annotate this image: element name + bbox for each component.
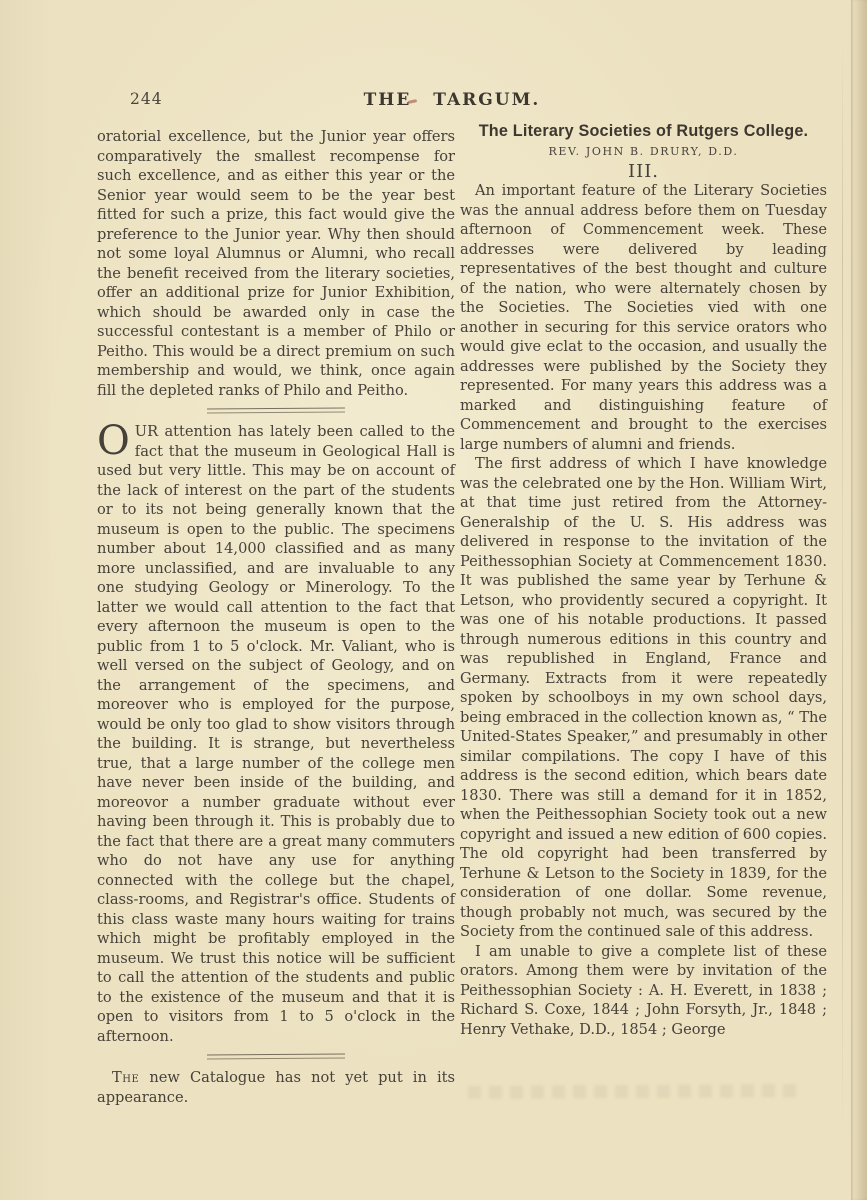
- left-column: oratorial excellence, but the Junior yea…: [97, 127, 455, 1107]
- torn-binding-edge: [851, 0, 867, 1200]
- catalogue-note: The new Catalogue has not yet put in its…: [97, 1068, 455, 1107]
- masthead-title: THE TARGUM.: [97, 90, 807, 110]
- section-rule-divider: [207, 408, 345, 414]
- article-paragraph: The first address of which I have knowle…: [460, 454, 827, 942]
- right-column: The Literary Societies of Rutgers Colleg…: [460, 121, 827, 1039]
- left-paragraph-continuation: oratorial excellence, but the Junior yea…: [97, 127, 455, 400]
- catalogue-note-rest: new Catalogue has not yet put in its app…: [97, 1069, 455, 1106]
- section-rule-divider: [207, 1054, 345, 1060]
- museum-paragraph: OUR attention has lately been called to …: [97, 422, 455, 1046]
- running-head: 244 THE TARGUM.: [97, 90, 807, 114]
- museum-paragraph-text: UR attention has lately been called to t…: [97, 423, 455, 1045]
- article-paragraph: An important feature of the Literary Soc…: [460, 181, 827, 454]
- article-title: The Literary Societies of Rutgers Colleg…: [460, 121, 827, 142]
- drop-cap-letter: O: [97, 422, 135, 458]
- catalogue-note-lead: The: [112, 1069, 139, 1086]
- article-byline: REV. JOHN B. DRURY, D.D.: [460, 142, 827, 162]
- scanned-page: 244 THE TARGUM. oratorial excellence, bu…: [0, 0, 867, 1200]
- article-paragraph: I am unable to give a complete list of t…: [460, 942, 827, 1040]
- paper-crease: [842, 40, 843, 1140]
- article-section-number: III.: [460, 162, 827, 182]
- ink-showthrough: [468, 1084, 798, 1099]
